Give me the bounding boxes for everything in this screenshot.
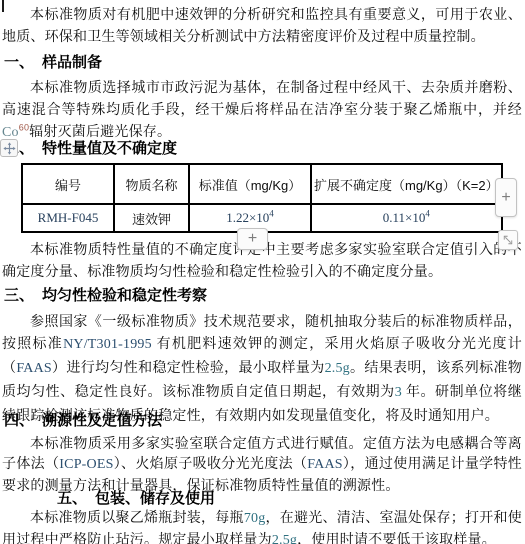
standard-code: NY/T301-1995 [63,337,157,352]
intro-paragraph: 本标准物质对有机肥中速效钾的分析研究和监控具有重要意义，可用于农业、地质、环保和… [2,3,522,47]
section-1-title: 样品制备 [42,54,102,71]
header-id: 编号 [22,164,114,204]
section-4-title: 溯源性及定值方法 [42,412,162,429]
move-arrows-icon [3,142,16,155]
section-3-title: 均匀性检验和稳定性考察 [42,287,207,304]
plus-icon: + [248,231,257,247]
text-caret [2,0,4,12]
sample-prep-paragraph: 本标准物质选择城市市政污泥为基体，在制备过程中经风干、去杂质并磨粉、高速混合等特… [2,76,522,144]
trace-text-2: ）、火焰原子吸收分光光度法（ [114,455,308,471]
table-header-row: 编号 物质名称 标准值（mg/Kg） 扩展不确定度（mg/Kg）（K=2） [22,164,502,204]
min-sample-amount-2: 2.5g [272,533,297,544]
faas-abbreviation: FAAS [16,361,52,376]
uncertainty-exponent: 4 [425,209,430,219]
pack-text-3: ，使用时请不要低于该取样量。 [297,531,496,544]
document-page: 本标准物质对有机肥中速效钾的分析研究和监控具有重要意义，可用于农业、地质、环保和… [0,0,525,544]
header-expanded-uncertainty: 扩展不确定度（mg/Kg）（K=2） [311,164,502,204]
bottle-weight: 70g [244,511,266,526]
table-resize-handle[interactable] [498,230,518,250]
diagonal-resize-icon [502,234,514,246]
property-value-table: 编号 物质名称 标准值（mg/Kg） 扩展不确定度（mg/Kg）（K=2） RM… [21,163,503,233]
section-5-title: 包装、储存及使用 [95,490,215,507]
section-5-heading: 五、包装、储存及使用 [57,490,215,508]
cobalt-isotope-superscript: 60 [19,122,29,132]
intro-text: 本标准物质对有机肥中速效钾的分析研究和监控具有重要意义，可用于农业、地质、环保和… [2,6,522,44]
icp-oes-abbreviation: ICP-OES [59,457,113,472]
prep-text-tail: 辐射灭菌后避光保存。 [29,123,171,139]
table-move-handle[interactable] [0,139,18,157]
cobalt-symbol: Co [2,125,19,140]
homogeneity-paragraph: 参照国家《一级标准物质》技术规范要求，随机抽取分装后的标准物质样品，按照标准NY… [2,310,522,426]
section-5-number: 五、 [57,490,87,507]
traceability-paragraph: 本标准物质采用多家实验室联合定值方式进行赋值。定值方法为电感耦合等离子体法（IC… [2,433,522,495]
insert-column-button[interactable]: + [495,178,517,217]
header-standard-value: 标准值（mg/Kg） [189,164,311,204]
pack-text-1: 本标准物质以聚乙烯瓶封装，每瓶 [30,509,244,525]
header-substance-name: 物质名称 [114,164,189,204]
homog-text-3: ）进行均匀性和稳定性检验，最小取样量为 [52,359,325,375]
section-3-number: 三、 [4,287,34,304]
validity-years: 3 [395,385,406,400]
cell-id: RMH-F045 [22,204,114,232]
section-2-title: 特性量值及不确定度 [42,140,177,157]
section-4-number: 四、 [4,412,34,429]
min-sample-amount: 2.5g [325,361,350,376]
section-1-heading: 一、样品制备 [4,54,102,72]
plus-icon: + [501,190,510,206]
section-1-number: 一、 [4,54,34,71]
section-2-heading: 二、特性量值及不确定度 [4,140,177,158]
cell-expanded-uncertainty: 0.11×104 [311,204,502,232]
faas-abbreviation-2: FAAS [307,457,343,472]
cell-substance-name: 速效钾 [114,204,189,232]
prep-text: 本标准物质选择城市市政污泥为基体，在制备过程中经风干、去杂质并磨粉、高速混合等特… [2,79,522,117]
std-value-exponent: 4 [269,209,274,219]
packaging-paragraph: 本标准物质以聚乙烯瓶封装，每瓶70g，在避光、清洁、室温处保存；打开和使用过程中… [2,507,522,544]
insert-row-button[interactable]: + [237,228,268,250]
section-3-heading: 三、均匀性检验和稳定性考察 [4,287,207,305]
section-4-heading: 四、溯源性及定值方法 [4,412,162,430]
